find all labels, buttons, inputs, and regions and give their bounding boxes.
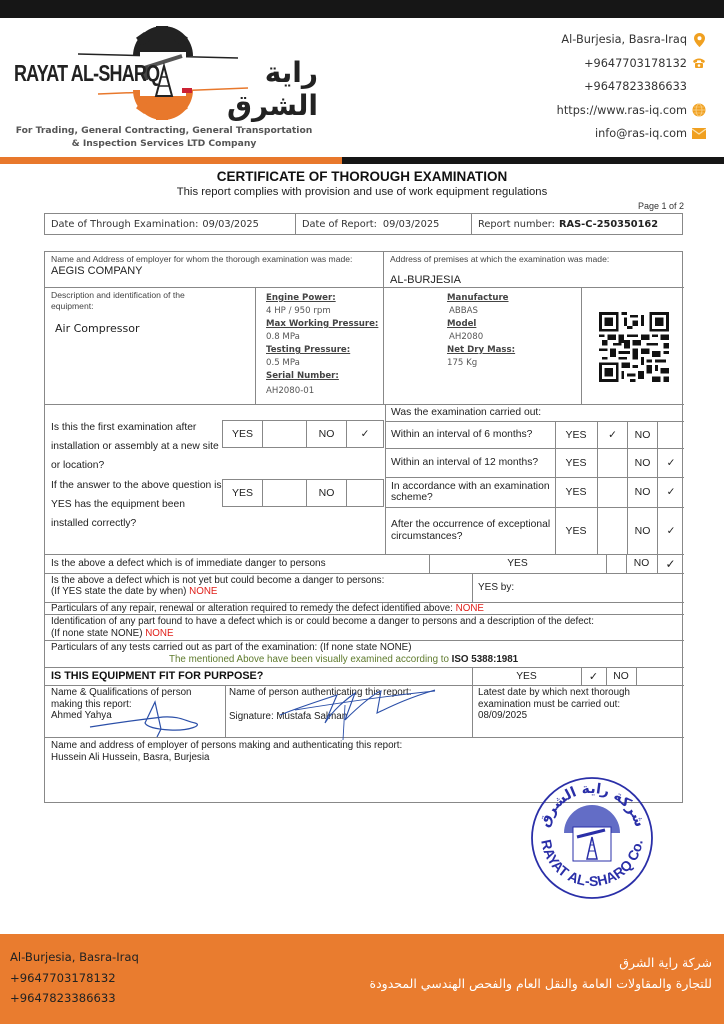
signature-ahmed-icon <box>85 697 215 737</box>
first-exam-no-checkbox[interactable]: ✓ <box>347 421 383 447</box>
next-exam-label: Latest date by which next thorough exami… <box>478 687 678 710</box>
exam-date-label: Date of Through Examination: <box>51 219 198 230</box>
employer-of-persons-value: Hussein Ali Hussein, Basra, Burjesia <box>51 752 402 764</box>
company-name-latin: RAYAT AL-SHARQ <box>14 60 159 87</box>
engine-power-value: 4 HP / 950 rpm <box>266 305 386 318</box>
next-exam-cell: Latest date by which next thorough exami… <box>478 687 678 722</box>
carried-out-yes-label: YES <box>555 448 597 477</box>
model-value: AH2080 <box>449 331 567 344</box>
next-exam-value: 08/09/2025 <box>478 710 678 722</box>
footer-address: Al-Burjesia, Basra-Iraq <box>10 947 139 968</box>
location-pin-icon <box>692 33 706 47</box>
carried-out-yes-label: YES <box>555 421 597 448</box>
employer-of-persons-label: Name and address of employer of persons … <box>51 740 402 752</box>
net-dry-mass-value: 175 Kg <box>447 357 567 370</box>
repair-question: Particulars of any repair, renewal or al… <box>51 603 453 614</box>
carried-out-no-checkbox[interactable] <box>657 421 684 448</box>
phone-2-text[interactable]: +9647823386633 <box>584 80 687 93</box>
max-pressure-value: 0.8 MPa <box>266 331 386 344</box>
employer-of-persons-cell: Name and address of employer of persons … <box>51 740 402 763</box>
carried-out-no-label: NO <box>627 421 657 448</box>
envelope-icon <box>692 127 706 141</box>
engine-power-label: Engine Power: <box>266 292 386 305</box>
header-top-bar <box>0 0 724 18</box>
carried-out-question: In accordance with an examination scheme… <box>391 477 551 507</box>
certificate-title: CERTIFICATE OF THOROUGH EXAMINATION <box>0 169 724 184</box>
fit-no-label: NO <box>606 671 636 682</box>
employer-label: Name and Address of employer for whom th… <box>51 254 381 265</box>
first-exam-no-label: NO <box>307 421 347 447</box>
tagline-line-1: For Trading, General Contracting, Genera… <box>14 124 314 137</box>
premises-cell: Address of premises at which the examina… <box>390 254 680 286</box>
max-pressure-label: Max Working Pressure: <box>266 318 386 331</box>
footer-phone-1: +9647703178132 <box>10 968 139 989</box>
carried-out-yes-checkbox[interactable] <box>597 507 627 554</box>
carried-out-no-checkbox[interactable]: ✓ <box>657 477 684 507</box>
first-exam-yes-no: YES NO ✓ <box>222 420 384 448</box>
footer-arabic-line-1: شركة راية الشرق <box>370 952 712 973</box>
exam-date-value: 09/03/2025 <box>202 219 258 230</box>
contact-phone-1: +9647703178132 <box>557 52 706 76</box>
defect-part-answer: NONE <box>145 628 173 639</box>
premises-label: Address of premises at which the examina… <box>390 254 680 265</box>
company-name-arabic: راية الشرق <box>208 56 318 122</box>
carried-out-yes-label: YES <box>555 477 597 507</box>
installed-yes-no: YES NO <box>222 479 384 507</box>
company-stamp-icon: شركة راية الشرق RAYAT AL-SHARQ Co. <box>529 775 655 901</box>
carried-out-no-checkbox[interactable]: ✓ <box>657 448 684 477</box>
examination-form: Name and Address of employer for whom th… <box>44 251 683 803</box>
fit-for-purpose-question: IS THIS EQUIPMENT FIT FOR PURPOSE? <box>51 670 263 682</box>
defect-part-line-2: (If none state NONE) <box>51 628 142 639</box>
address-text: Al-Burjesia, Basra-Iraq <box>561 33 687 46</box>
installed-no-label: NO <box>307 480 347 506</box>
report-number-field: Report number: RAS-C-250350162 <box>472 214 682 234</box>
footer-contact: Al-Burjesia, Basra-Iraq +9647703178132 +… <box>10 947 139 1009</box>
contact-website: https://www.ras-iq.com <box>557 99 706 123</box>
fit-yes-checkbox[interactable]: ✓ <box>581 670 606 683</box>
specs-right: Manufacture ABBAS Model AH2080 Net Dry M… <box>447 292 567 370</box>
serial-number-label: Serial Number: <box>266 370 386 383</box>
tests-note: The mentioned Above have been visually e… <box>169 654 449 665</box>
testing-pressure-label: Testing Pressure: <box>266 344 386 357</box>
header-divider-black <box>342 157 724 164</box>
contact-address: Al-Burjesia, Basra-Iraq <box>557 28 706 52</box>
tests-question: Particulars of any tests carried out as … <box>51 642 518 654</box>
phone-icon <box>692 56 706 70</box>
footer-phone-2: +9647823386633 <box>10 988 139 1009</box>
manufacture-label: Manufacture <box>447 292 567 305</box>
carried-out-no-label: NO <box>627 448 657 477</box>
future-danger-question: Is the above a defect which is not yet b… <box>51 575 384 597</box>
footer-arabic-line-2: للتجارة والمقاولات العامة والنقل العام و… <box>370 973 712 994</box>
carried-out-label: Was the examination carried out: <box>391 407 541 418</box>
contact-email: info@ras-iq.com <box>557 122 706 146</box>
employer-cell: Name and Address of employer for whom th… <box>51 254 381 277</box>
serial-number-value: AH2080-01 <box>266 385 386 398</box>
contact-block: Al-Burjesia, Basra-Iraq +9647703178132 +… <box>557 28 706 146</box>
yes-by-label: YES by: <box>478 582 514 593</box>
carried-out-question: After the occurrence of exceptional circ… <box>391 507 551 554</box>
immediate-danger-no-label: NO <box>626 558 657 569</box>
first-exam-yes-label: YES <box>223 421 263 447</box>
equipment-label: Description and identification of the eq… <box>51 290 211 312</box>
tests-row: Particulars of any tests carried out as … <box>51 642 518 665</box>
carried-out-no-label: NO <box>627 507 657 554</box>
qr-code-icon <box>599 312 669 382</box>
footer-arabic: شركة راية الشرق للتجارة والمقاولات العام… <box>370 952 712 994</box>
report-date-value: 09/03/2025 <box>383 219 439 230</box>
exam-date-field: Date of Through Examination: 09/03/2025 <box>45 214 296 234</box>
carried-out-question: Within an interval of 6 months? <box>391 421 551 448</box>
immediate-danger-yes-label: YES <box>429 558 606 569</box>
carried-out-yes-checkbox[interactable] <box>597 448 627 477</box>
installed-no-checkbox[interactable] <box>347 480 383 506</box>
net-dry-mass-label: Net Dry Mass: <box>447 344 567 357</box>
first-exam-yes-checkbox[interactable] <box>263 421 307 447</box>
signature-mustafa-icon <box>275 685 445 740</box>
equipment-cell: Description and identification of the eq… <box>51 290 251 335</box>
installed-yes-label: YES <box>223 480 263 506</box>
website-link[interactable]: https://www.ras-iq.com <box>557 104 687 117</box>
model-label: Model <box>447 318 567 331</box>
employer-value: AEGIS COMPANY <box>51 265 381 277</box>
contact-phone-2: +9647823386633 <box>557 75 706 99</box>
carried-out-no-label: NO <box>627 477 657 507</box>
equipment-value: Air Compressor <box>55 322 251 335</box>
testing-pressure-value: 0.5 MPa <box>266 357 386 370</box>
report-number-label: Report number: <box>478 219 555 230</box>
repair-row: Particulars of any repair, renewal or al… <box>51 603 484 614</box>
repair-answer: NONE <box>456 603 484 614</box>
future-danger-answer: NONE <box>189 586 217 597</box>
company-tagline: For Trading, General Contracting, Genera… <box>14 124 314 150</box>
report-number-value: RAS-C-250350162 <box>559 219 658 230</box>
future-danger-line-1: Is the above a defect which is not yet b… <box>51 575 384 586</box>
fit-yes-label: YES <box>472 671 581 682</box>
tests-standard: ISO 5388:1981 <box>452 654 518 665</box>
header-divider-orange <box>0 157 342 164</box>
future-danger-line-2: (If YES state the date by when) NONE <box>51 586 384 597</box>
report-date-field: Date of Report: 09/03/2025 <box>296 214 472 234</box>
immediate-danger-no-checkbox[interactable]: ✓ <box>657 557 684 571</box>
company-logo: RAYAT AL-SHARQ راية الشرق <box>8 22 318 122</box>
installed-yes-checkbox[interactable] <box>263 480 307 506</box>
carried-out-yes-label: YES <box>555 507 597 554</box>
globe-icon <box>692 103 706 117</box>
page-indicator: Page 1 of 2 <box>638 201 684 211</box>
carried-out-no-checkbox[interactable]: ✓ <box>657 507 684 554</box>
immediate-danger-question: Is the above a defect which is of immedi… <box>51 558 326 569</box>
installed-question: If the answer to the above question is Y… <box>51 476 223 533</box>
email-link[interactable]: info@ras-iq.com <box>595 127 687 140</box>
phone-1-text[interactable]: +9647703178132 <box>584 57 687 70</box>
tagline-line-2: & Inspection Services LTD Company <box>14 137 314 150</box>
carried-out-yes-checkbox[interactable]: ✓ <box>597 421 627 448</box>
carried-out-question: Within an interval of 12 months? <box>391 448 551 477</box>
footer: Al-Burjesia, Basra-Iraq +9647703178132 +… <box>0 934 724 1024</box>
date-bar: Date of Through Examination: 09/03/2025 … <box>44 213 683 235</box>
first-exam-question: Is this the first examination after inst… <box>51 418 223 475</box>
manufacture-value: ABBAS <box>449 305 567 318</box>
certificate-subtitle: This report complies with provision and … <box>0 186 724 198</box>
defect-part-row: Identification of any part found to have… <box>51 616 594 639</box>
specs-left: Engine Power: 4 HP / 950 rpm Max Working… <box>266 292 386 398</box>
carried-out-yes-checkbox[interactable] <box>597 477 627 507</box>
defect-part-line-1: Identification of any part found to have… <box>51 616 594 628</box>
premises-value: AL-BURJESIA <box>390 274 680 286</box>
report-date-label: Date of Report: <box>302 219 377 230</box>
